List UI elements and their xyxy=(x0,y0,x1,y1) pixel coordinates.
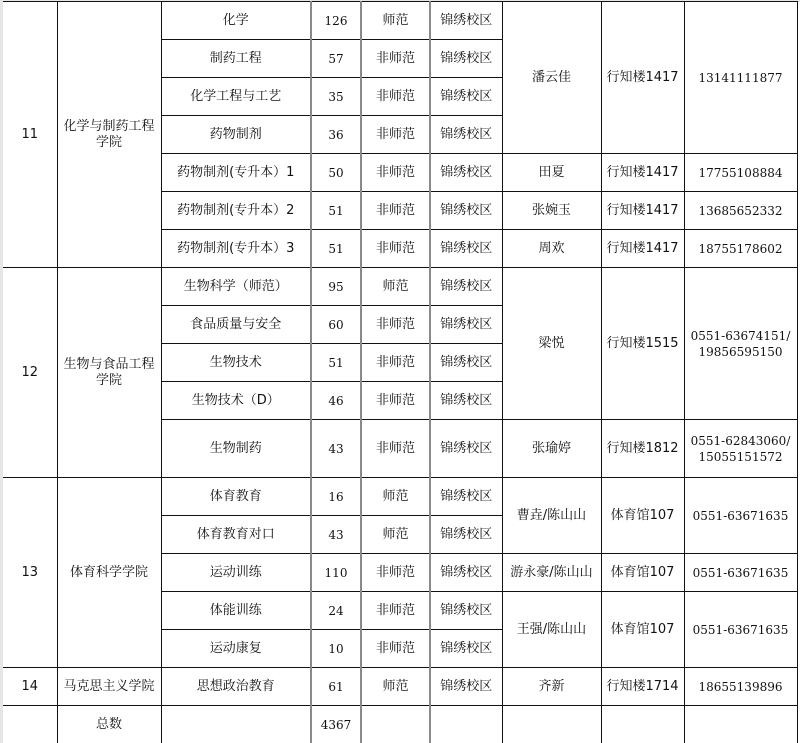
total-count-cell[interactable]: 4367 xyxy=(311,706,361,743)
table-row: 11 化学与制药工程学院 化学 126 师范 锦绣校区 潘云佳 行知楼1417 … xyxy=(3,2,797,40)
major-cell[interactable]: 生物技术（D） xyxy=(161,382,311,420)
phone-cell[interactable]: 13141111877 xyxy=(684,2,797,154)
college-index-cell[interactable]: 11 xyxy=(3,2,57,268)
count-cell[interactable]: 24 xyxy=(311,592,361,630)
campus-cell[interactable]: 锦绣校区 xyxy=(430,630,502,668)
major-cell[interactable]: 药物制剂 xyxy=(161,116,311,154)
office-cell[interactable]: 行知楼1812 xyxy=(601,420,684,478)
type-cell[interactable]: 非师范 xyxy=(361,306,430,344)
type-cell[interactable]: 非师范 xyxy=(361,230,430,268)
type-cell[interactable]: 师范 xyxy=(361,516,430,554)
phone-cell[interactable]: 18655139896 xyxy=(684,668,797,706)
office-cell[interactable]: 体育馆107 xyxy=(601,592,684,668)
count-cell[interactable]: 110 xyxy=(311,554,361,592)
campus-cell[interactable]: 锦绣校区 xyxy=(430,268,502,306)
major-cell[interactable]: 体育教育 xyxy=(161,478,311,516)
college-index-cell[interactable]: 12 xyxy=(3,268,57,478)
campus-cell[interactable]: 锦绣校区 xyxy=(430,154,502,192)
major-cell[interactable]: 思想政治教育 xyxy=(161,668,311,706)
major-cell[interactable]: 食品质量与安全 xyxy=(161,306,311,344)
major-cell[interactable]: 生物科学（师范） xyxy=(161,268,311,306)
campus-cell[interactable]: 锦绣校区 xyxy=(430,554,502,592)
type-cell[interactable]: 非师范 xyxy=(361,554,430,592)
count-cell[interactable]: 50 xyxy=(311,154,361,192)
college-index-cell[interactable]: 14 xyxy=(3,668,57,706)
empty-cell[interactable] xyxy=(161,706,311,743)
campus-cell[interactable]: 锦绣校区 xyxy=(430,230,502,268)
count-cell[interactable]: 46 xyxy=(311,382,361,420)
table-row: 14 马克思主义学院 思想政治教育 61 师范 锦绣校区 齐新 行知楼1714 … xyxy=(3,668,797,706)
major-cell[interactable]: 药物制剂(专升本）2 xyxy=(161,192,311,230)
major-cell[interactable]: 药物制剂(专升本）3 xyxy=(161,230,311,268)
college-index-cell[interactable]: 13 xyxy=(3,478,57,668)
office-cell[interactable]: 行知楼1714 xyxy=(601,668,684,706)
major-cell[interactable]: 药物制剂(专升本）1 xyxy=(161,154,311,192)
phone-cell[interactable]: 18755178602 xyxy=(684,230,797,268)
phone-cell[interactable]: 0551-63671635 xyxy=(684,554,797,592)
type-cell[interactable]: 师范 xyxy=(361,668,430,706)
type-cell[interactable]: 非师范 xyxy=(361,420,430,478)
empty-cell[interactable] xyxy=(502,706,601,743)
campus-cell[interactable]: 锦绣校区 xyxy=(430,306,502,344)
major-cell[interactable]: 运动康复 xyxy=(161,630,311,668)
phone-cell[interactable]: 0551-63674151/ 19856595150 xyxy=(684,268,797,420)
campus-cell[interactable]: 锦绣校区 xyxy=(430,592,502,630)
type-cell[interactable]: 师范 xyxy=(361,268,430,306)
campus-cell[interactable]: 锦绣校区 xyxy=(430,116,502,154)
college-name-cell[interactable]: 生物与食品工程学院 xyxy=(57,268,161,478)
office-cell[interactable]: 行知楼1417 xyxy=(601,154,684,192)
contact-name-cell[interactable]: 田夏 xyxy=(502,154,601,192)
contact-name-cell[interactable]: 齐新 xyxy=(502,668,601,706)
type-cell[interactable]: 非师范 xyxy=(361,40,430,78)
office-cell[interactable]: 行知楼1417 xyxy=(601,230,684,268)
major-cell[interactable]: 体能训练 xyxy=(161,592,311,630)
major-cell[interactable]: 体育教育对口 xyxy=(161,516,311,554)
phone-cell[interactable]: 17755108884 xyxy=(684,154,797,192)
type-cell[interactable]: 师范 xyxy=(361,478,430,516)
contact-name-cell[interactable]: 周欢 xyxy=(502,230,601,268)
count-cell[interactable]: 36 xyxy=(311,116,361,154)
total-row: 总数 4367 xyxy=(3,706,797,743)
count-cell[interactable]: 51 xyxy=(311,344,361,382)
count-cell[interactable]: 51 xyxy=(311,192,361,230)
type-cell[interactable]: 非师范 xyxy=(361,630,430,668)
count-cell[interactable]: 61 xyxy=(311,668,361,706)
college-name-cell[interactable]: 体育科学学院 xyxy=(57,478,161,668)
phone-cell[interactable]: 0551-63671635 xyxy=(684,592,797,668)
type-cell[interactable]: 师范 xyxy=(361,2,430,40)
type-cell[interactable]: 非师范 xyxy=(361,344,430,382)
count-cell[interactable]: 95 xyxy=(311,268,361,306)
office-cell[interactable]: 体育馆107 xyxy=(601,478,684,554)
contact-name-cell[interactable]: 潘云佳 xyxy=(502,2,601,154)
campus-cell[interactable]: 锦绣校区 xyxy=(430,78,502,116)
office-cell[interactable]: 体育馆107 xyxy=(601,554,684,592)
campus-cell[interactable]: 锦绣校区 xyxy=(430,478,502,516)
count-cell[interactable]: 60 xyxy=(311,306,361,344)
campus-cell[interactable]: 锦绣校区 xyxy=(430,2,502,40)
phone-cell[interactable]: 0551-62843060/ 15055151572 xyxy=(684,420,797,478)
contact-name-cell[interactable]: 曹垚/陈山山 xyxy=(502,478,601,554)
campus-cell[interactable]: 锦绣校区 xyxy=(430,40,502,78)
count-cell[interactable]: 43 xyxy=(311,420,361,478)
type-cell[interactable]: 非师范 xyxy=(361,192,430,230)
major-cell[interactable]: 化学 xyxy=(161,2,311,40)
empty-cell[interactable] xyxy=(601,706,684,743)
table-row: 13 体育科学学院 体育教育 16 师范 锦绣校区 曹垚/陈山山 体育馆107 … xyxy=(3,478,797,516)
phone-cell[interactable]: 13685652332 xyxy=(684,192,797,230)
count-cell[interactable]: 51 xyxy=(311,230,361,268)
office-cell[interactable]: 行知楼1417 xyxy=(601,2,684,154)
total-label-cell[interactable]: 总数 xyxy=(57,706,161,743)
count-cell[interactable]: 10 xyxy=(311,630,361,668)
type-cell[interactable]: 非师范 xyxy=(361,592,430,630)
campus-cell[interactable]: 锦绣校区 xyxy=(430,192,502,230)
contact-name-cell[interactable]: 游永豪/陈山山 xyxy=(502,554,601,592)
office-cell[interactable]: 行知楼1515 xyxy=(601,268,684,420)
type-cell[interactable]: 非师范 xyxy=(361,116,430,154)
office-cell[interactable]: 行知楼1417 xyxy=(601,192,684,230)
empty-cell[interactable] xyxy=(361,706,430,743)
type-cell[interactable]: 非师范 xyxy=(361,78,430,116)
major-cell[interactable]: 生物技术 xyxy=(161,344,311,382)
major-cell[interactable]: 运动训练 xyxy=(161,554,311,592)
campus-cell[interactable]: 锦绣校区 xyxy=(430,420,502,478)
count-cell[interactable]: 126 xyxy=(311,2,361,40)
contact-name-cell[interactable]: 张瑜婷 xyxy=(502,420,601,478)
contact-name-cell[interactable]: 张婉玉 xyxy=(502,192,601,230)
empty-cell[interactable] xyxy=(684,706,797,743)
major-cell[interactable]: 化学工程与工艺 xyxy=(161,78,311,116)
college-name-cell[interactable]: 马克思主义学院 xyxy=(57,668,161,706)
type-cell[interactable]: 非师范 xyxy=(361,382,430,420)
contact-name-cell[interactable]: 梁悦 xyxy=(502,268,601,420)
major-cell[interactable]: 制药工程 xyxy=(161,40,311,78)
empty-cell[interactable] xyxy=(430,706,502,743)
contact-name-cell[interactable]: 王强/陈山山 xyxy=(502,592,601,668)
enrollment-table: 11 化学与制药工程学院 化学 126 师范 锦绣校区 潘云佳 行知楼1417 … xyxy=(3,1,798,743)
major-cell[interactable]: 生物制药 xyxy=(161,420,311,478)
campus-cell[interactable]: 锦绣校区 xyxy=(430,382,502,420)
table-row: 12 生物与食品工程学院 生物科学（师范） 95 师范 锦绣校区 梁悦 行知楼1… xyxy=(3,268,797,306)
campus-cell[interactable]: 锦绣校区 xyxy=(430,668,502,706)
empty-cell[interactable] xyxy=(3,706,57,743)
count-cell[interactable]: 43 xyxy=(311,516,361,554)
campus-cell[interactable]: 锦绣校区 xyxy=(430,344,502,382)
spreadsheet-sheet: 11 化学与制药工程学院 化学 126 师范 锦绣校区 潘云佳 行知楼1417 … xyxy=(0,0,800,743)
count-cell[interactable]: 16 xyxy=(311,478,361,516)
phone-cell[interactable]: 0551-63671635 xyxy=(684,478,797,554)
count-cell[interactable]: 35 xyxy=(311,78,361,116)
campus-cell[interactable]: 锦绣校区 xyxy=(430,516,502,554)
count-cell[interactable]: 57 xyxy=(311,40,361,78)
type-cell[interactable]: 非师范 xyxy=(361,154,430,192)
college-name-cell[interactable]: 化学与制药工程学院 xyxy=(57,2,161,268)
